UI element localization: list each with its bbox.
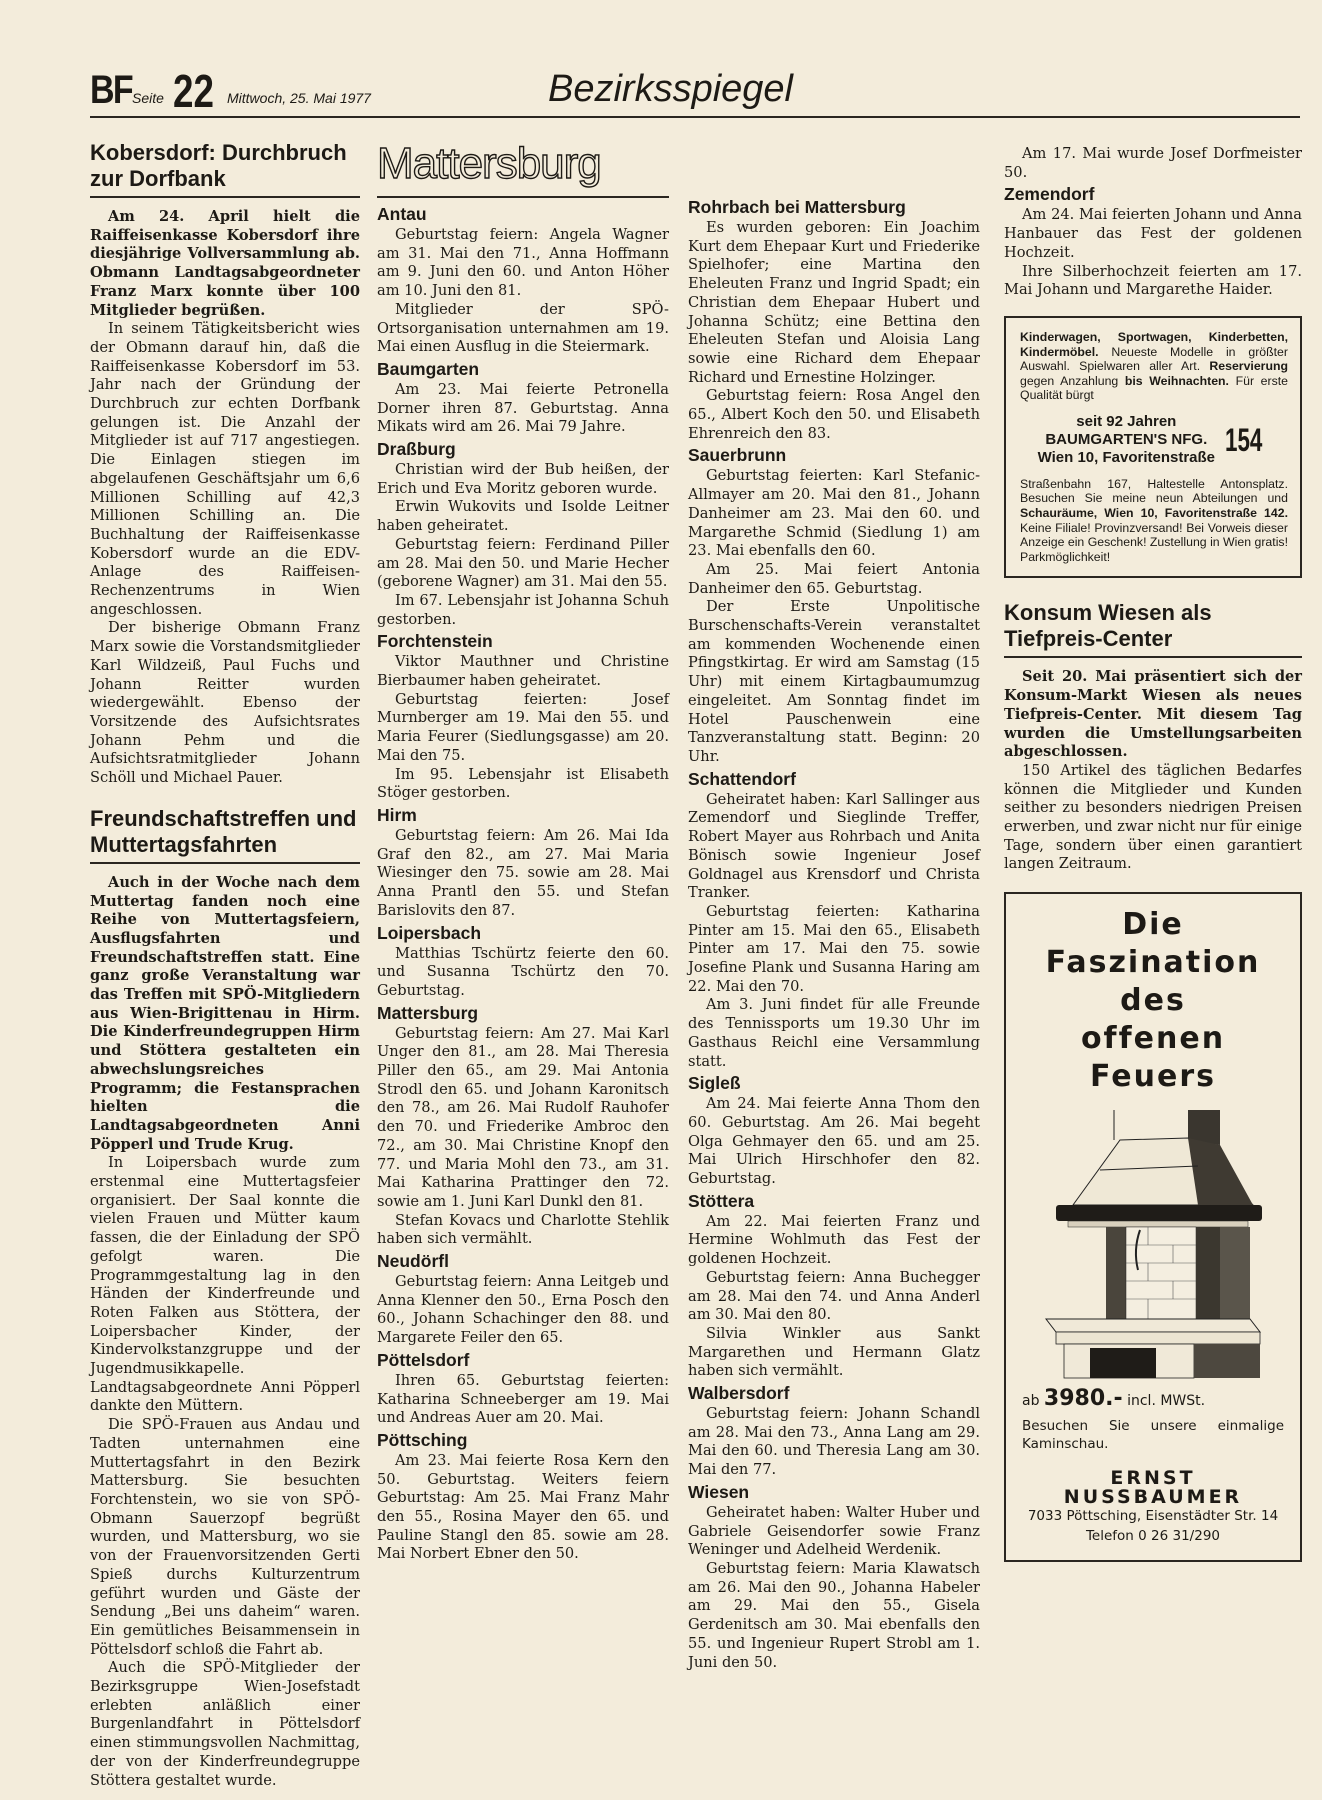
town-heading: Loipersbach xyxy=(377,923,669,944)
town-paragraph: Geburtstag feiern: Johann Schandl am 28.… xyxy=(688,1405,980,1480)
article-konsum-wiesen: Konsum Wiesen als Tiefpreis-Center Seit … xyxy=(1004,600,1302,874)
town-heading: Forchtenstein xyxy=(377,631,669,652)
ad-bold-text: Reservierung xyxy=(1209,359,1288,373)
town-paragraph: Am 25. Mai feiert Antonia Danheimer den … xyxy=(688,561,980,598)
article-freundschaftstreffen: Freundschaftstreffen und Muttertagsfahrt… xyxy=(90,806,360,1790)
ad-company-block: seit 92 Jahren BAUMGARTEN'S NFG. Wien 10… xyxy=(1020,413,1288,467)
fireplace-illustration-icon xyxy=(1028,1110,1278,1380)
page-label: Seite xyxy=(132,90,164,106)
town-heading: Rohrbach bei Mattersburg xyxy=(688,197,980,218)
town-paragraph: Geburtstag feiern: Anna Buchegger am 28.… xyxy=(688,1269,980,1325)
town-paragraph: Geburtstag feierten: Katharina Pinter am… xyxy=(688,903,980,997)
ad-headline-line: des xyxy=(1018,982,1288,1020)
town-paragraph: Mitglieder der SPÖ-Ortsorganisation unte… xyxy=(377,301,669,357)
town-news-list: Rohrbach bei MattersburgEs wurden gebore… xyxy=(688,197,980,1672)
ad-street-number: 154 xyxy=(1225,433,1262,448)
article-headline: Freundschaftstreffen und Muttertagsfahrt… xyxy=(90,806,360,864)
town-heading: Sigleß xyxy=(688,1073,980,1094)
town-heading: Zemendorf xyxy=(1004,184,1302,205)
ad-price-line: ab 3980.- incl. MWSt. xyxy=(1022,1390,1288,1411)
newspaper-logo: BF xyxy=(90,68,132,113)
column-2: Mattersburg AntauGeburtstag feiern: Ange… xyxy=(377,140,669,1564)
advertisement-nussbaumer: Die Faszination des offenen Feuers xyxy=(1004,892,1302,1562)
town-paragraph: Es wurden geboren: Ein Joachim Kurt dem … xyxy=(688,219,980,387)
town-paragraph: Am 23. Mai feierte Petronella Dorner ihr… xyxy=(377,381,669,437)
town-paragraph: Stefan Kovacs und Charlotte Stehlik habe… xyxy=(377,1212,669,1249)
town-heading: Mattersburg xyxy=(377,1003,669,1024)
column-1: Kobersdorf: Durchbruch zur Dorfbank Am 2… xyxy=(90,140,360,1790)
article-lead: Auch in der Woche nach dem Muttertag fan… xyxy=(90,874,360,1155)
town-paragraph: Im 95. Lebensjahr ist Elisabeth Stöger g… xyxy=(377,766,669,803)
town-paragraph: Geburtstag feiern: Am 27. Mai Karl Unger… xyxy=(377,1025,669,1212)
masthead: BF Seite 22 Mittwoch, 25. Mai 1977 Bezir… xyxy=(90,62,1300,118)
price-prefix: ab xyxy=(1022,1393,1039,1409)
town-paragraph: Geheiratet haben: Walter Huber und Gabri… xyxy=(688,1504,980,1560)
column-4: Am 17. Mai wurde Josef Dorfmeister 50. Z… xyxy=(1004,145,1302,1562)
ad-tagline: seit 92 Jahren xyxy=(1038,413,1215,431)
ad-company-name: ERNST NUSSBAUMER xyxy=(1018,1469,1288,1506)
town-paragraph: Christian wird der Bub heißen, der Erich… xyxy=(377,461,669,498)
town-paragraph: Geburtstag feiern: Rosa Angel den 65., A… xyxy=(688,387,980,443)
section-title: Bezirksspiegel xyxy=(548,68,793,111)
district-title: Mattersburg xyxy=(377,140,669,198)
ad-address: Wien 10, Favoritenstraße xyxy=(1038,449,1215,467)
town-heading: Walbersdorf xyxy=(688,1383,980,1404)
page-number: 22 xyxy=(173,64,214,118)
town-paragraph: Geburtstag feierten: Karl Stefanic-Allma… xyxy=(688,467,980,561)
town-heading: Draßburg xyxy=(377,439,669,460)
article-headline: Konsum Wiesen als Tiefpreis-Center xyxy=(1004,600,1302,658)
town-paragraph: Geheiratet haben: Karl Sallinger aus Zem… xyxy=(688,791,980,903)
ad-company-name: BAUMGARTEN'S NFG. xyxy=(1038,431,1215,449)
town-paragraph: Im 67. Lebensjahr ist Johanna Schuh gest… xyxy=(377,592,669,629)
town-paragraph: Geburtstag feiern: Am 26. Mai Ida Graf d… xyxy=(377,827,669,921)
ad-text: Kinderwagen, Sportwagen, Kinderbetten, K… xyxy=(1020,330,1288,403)
town-paragraph: Am 24. Mai feierten Johann und Anna Hanb… xyxy=(1004,206,1302,262)
article-paragraph: Der bisherige Obmann Franz Marx sowie di… xyxy=(90,619,360,787)
town-heading: Stöttera xyxy=(688,1191,980,1212)
town-paragraph: Geburtstag feiern: Maria Klawatsch am 26… xyxy=(688,1560,980,1672)
article-kobersdorf: Kobersdorf: Durchbruch zur Dorfbank Am 2… xyxy=(90,140,360,788)
article-paragraph: In seinem Tätigkeitsbericht wies der Obm… xyxy=(90,320,360,619)
town-paragraph: Erwin Wukovits und Isolde Leitner haben … xyxy=(377,498,669,535)
ad-headline: Die Faszination des offenen Feuers xyxy=(1018,906,1288,1096)
ad-headline-line: Feuers xyxy=(1018,1058,1288,1096)
town-paragraph: Am 23. Mai feierte Rosa Kern den 50. Geb… xyxy=(377,1452,669,1564)
ad-text: Besuchen Sie unsere einmalige Kaminschau… xyxy=(1022,1417,1284,1453)
ad-headline-line: Die xyxy=(1018,906,1288,944)
issue-date: Mittwoch, 25. Mai 1977 xyxy=(227,90,371,106)
ad-text-span: Straßenbahn 167, Haltestelle Antonsplatz… xyxy=(1020,477,1288,506)
advertisement-baumgarten: Kinderwagen, Sportwagen, Kinderbetten, K… xyxy=(1004,316,1302,579)
article-lead: Seit 20. Mai präsentiert sich der Konsum… xyxy=(1004,668,1302,762)
town-heading: Sauerbrunn xyxy=(688,445,980,466)
article-headline: Kobersdorf: Durchbruch zur Dorfbank xyxy=(90,140,360,198)
article-paragraph: In Loipersbach wurde zum erstenmal eine … xyxy=(90,1154,360,1416)
town-paragraph: Matthias Tschürtz feierte den 60. und Su… xyxy=(377,945,669,1001)
town-heading: Schattendorf xyxy=(688,769,980,790)
town-paragraph: Am 22. Mai feierten Franz und Hermine Wo… xyxy=(688,1213,980,1269)
town-heading: Pöttelsdorf xyxy=(377,1350,669,1371)
ad-bold-text: Schauräume, Wien 10, Favoritenstraße 142… xyxy=(1020,506,1288,520)
town-heading: Baumgarten xyxy=(377,359,669,380)
article-lead: Am 24. April hielt die Raiffeisenkasse K… xyxy=(90,208,360,320)
article-paragraph: Auch die SPÖ-Mitglieder der Bezirksgrupp… xyxy=(90,1659,360,1790)
column-3: Rohrbach bei MattersburgEs wurden gebore… xyxy=(688,195,980,1672)
town-paragraph: Ihren 65. Geburtstag feierten: Katharina… xyxy=(377,1372,669,1428)
ad-bold-text: bis Weihnachten. xyxy=(1125,374,1229,388)
ad-text-span: gegen Anzahlung xyxy=(1020,374,1125,388)
town-heading: Hirm xyxy=(377,805,669,826)
town-paragraph: Der Erste Unpolitische Burschenschafts-V… xyxy=(688,598,980,766)
ad-text-span: Keine Filiale! Provinzversand! Bei Vorwe… xyxy=(1020,521,1288,564)
town-paragraph: Viktor Mauthner und Christine Bierbaumer… xyxy=(377,653,669,690)
town-paragraph: Geburtstag feiern: Ferdinand Piller am 2… xyxy=(377,536,669,592)
price-value: 3980.- xyxy=(1044,1386,1123,1411)
town-paragraph: Am 24. Mai feierte Anna Thom den 60. Geb… xyxy=(688,1095,980,1189)
price-suffix: incl. MWSt. xyxy=(1127,1393,1205,1409)
town-paragraph: Silvia Winkler aus Sankt Margarethen und… xyxy=(688,1325,980,1381)
article-paragraph: Die SPÖ-Frauen aus Andau und Tadten unte… xyxy=(90,1416,360,1659)
ad-text: Straßenbahn 167, Haltestelle Antonsplatz… xyxy=(1020,477,1288,565)
ad-address: 7033 Pöttsching, Eisenstädter Str. 14 xyxy=(1018,1506,1288,1526)
ad-headline-line: offenen xyxy=(1018,1020,1288,1058)
town-paragraph: Geburtstag feiern: Angela Wagner am 31. … xyxy=(377,226,669,301)
continued-paragraph: Am 17. Mai wurde Josef Dorfmeister 50. xyxy=(1004,145,1302,182)
town-paragraph: Geburtstag feierten: Josef Murnberger am… xyxy=(377,691,669,766)
town-heading: Wiesen xyxy=(688,1482,980,1503)
ad-headline-line: Faszination xyxy=(1018,944,1288,982)
town-paragraph: Ihre Silberhochzeit feierten am 17. Mai … xyxy=(1004,263,1302,300)
town-paragraph: Am 3. Juni findet für alle Freunde des T… xyxy=(688,996,980,1071)
ad-phone: Telefon 0 26 31/290 xyxy=(1018,1526,1288,1546)
town-paragraph: Geburtstag feiern: Anna Leitgeb und Anna… xyxy=(377,1273,669,1348)
town-heading: Antau xyxy=(377,204,669,225)
article-paragraph: 150 Artikel des täglichen Bedarfes könne… xyxy=(1004,762,1302,874)
town-news-list: AntauGeburtstag feiern: Angela Wagner am… xyxy=(377,204,669,1564)
town-heading: Neudörfl xyxy=(377,1251,669,1272)
town-heading: Pöttsching xyxy=(377,1430,669,1451)
